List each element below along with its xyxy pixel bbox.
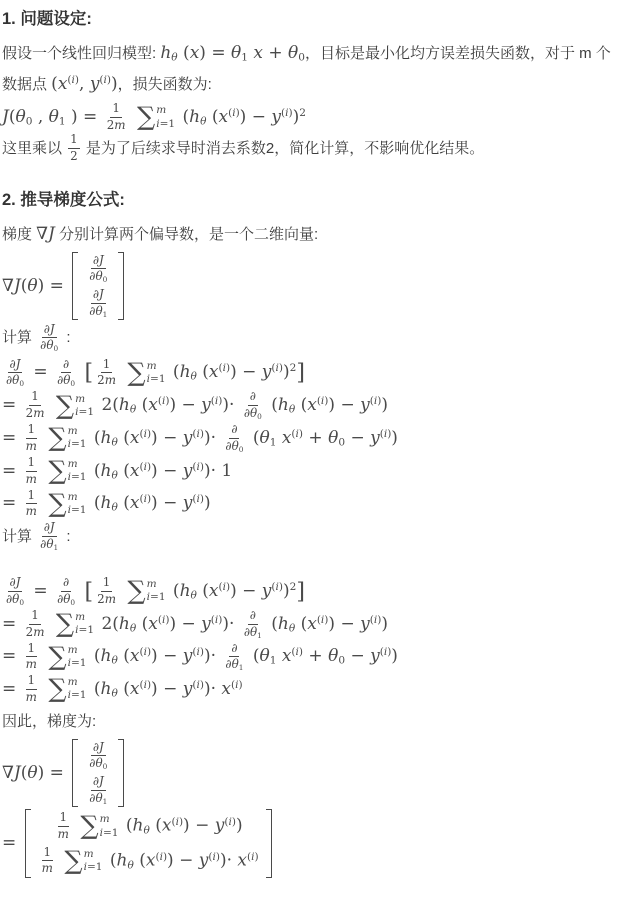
formula-final-gradient-vector: ∇J(θ) = ∂J∂θ0∂J∂θ1 (2, 739, 621, 808)
dtheta1-derivation-line-1: ∂J∂θ0 = ∂∂θ0 [12m ∑mi=1 (hθ (x(i)) − y(i… (2, 576, 621, 607)
formula-dtheta1-symbol: ∂J∂θ1 (36, 526, 62, 546)
formula-one-half: 12 (66, 138, 82, 158)
dtheta0-derivation-line-1: ∂J∂θ0 = ∂∂θ0 [12m ∑mi=1 (hθ (x(i)) − y(i… (2, 357, 621, 388)
dtheta0-derivation-line-3: = 1m ∑mi=1 (hθ (x(i)) − y(i))· ∂∂θ0 (θ1 … (2, 423, 621, 454)
heading-problem-setup: 1. 问题设定: (2, 9, 621, 29)
dtheta1-derivation: ∂J∂θ0 = ∂∂θ0 [12m ∑mi=1 (hθ (x(i)) − y(i… (2, 576, 621, 705)
calc-dtheta0-label: 计算 ∂J∂θ0 : (2, 322, 621, 353)
text-calc0-before: 计算 (2, 329, 36, 346)
dtheta1-derivation-line-4: = 1m ∑mi=1 (hθ (x(i)) − y(i))· x(i) (2, 674, 621, 705)
dtheta1-derivation-line-3: = 1m ∑mi=1 (hθ (x(i)) − y(i))· ∂∂θ1 (θ1 … (2, 641, 621, 672)
calc-dtheta1-label: 计算 ∂J∂θ1 : (2, 521, 621, 552)
section-gradient-derivation: 2. 推导梯度公式: 梯度 ∇J 分别计算两个偏导数，是一个二维向量: ∇J(θ… (2, 190, 621, 878)
formula-final-gradient-expanded: = 1m ∑mi=1 (hθ (x(i)) − y(i))1m ∑mi=1 (h… (2, 809, 621, 878)
text-calc1-before: 计算 (2, 528, 36, 545)
dtheta0-derivation-line-5: = 1m ∑mi=1 (hθ (x(i)) − y(i)) (2, 488, 621, 519)
text-loss-intro: ，损失函数为: (118, 76, 212, 93)
problem-setup-paragraph: 假设一个线性回归模型: hθ (x) = θ1 x + θ0，目标是最小化均方误… (2, 38, 621, 100)
text-note-before: 这里乘以 (2, 140, 66, 157)
text-note-after: 是为了后续求导时消去系数2，简化计算，不影响优化结果。 (82, 140, 485, 157)
formula-hypothesis-model: hθ (x) = θ1 x + θ0 (160, 43, 305, 63)
formula-loss-function: J(θ0 , θ1 ) = 12m ∑mi=1 (hθ (x(i)) − y(i… (2, 102, 621, 133)
text-model-intro: 假设一个线性回归模型: (2, 45, 160, 62)
formula-dtheta0-symbol: ∂J∂θ0 (36, 327, 62, 347)
text-gradient-intro-before: 梯度 (2, 226, 36, 243)
section-problem-setup: 1. 问题设定: 假设一个线性回归模型: hθ (x) = θ1 x + θ0，… (2, 9, 621, 164)
dtheta1-derivation-line-2: = 12m ∑mi=1 2(hθ (x(i)) − y(i))· ∂∂θ1 (h… (2, 609, 621, 640)
text-calc0-after: : (62, 329, 70, 346)
formula-gradient-vector-definition: ∇J(θ) = ∂J∂θ0∂J∂θ1 (2, 252, 621, 321)
formula-grad-j-symbol: ∇J (36, 224, 55, 244)
half-factor-note: 这里乘以 12 是为了后续求导时消去系数2，简化计算，不影响优化结果。 (2, 133, 621, 164)
dtheta0-derivation: ∂J∂θ0 = ∂∂θ0 [12m ∑mi=1 (hθ (x(i)) − y(i… (2, 357, 621, 518)
gradient-intro-paragraph: 梯度 ∇J 分别计算两个偏导数，是一个二维向量: (2, 219, 621, 250)
dtheta0-derivation-line-4: = 1m ∑mi=1 (hθ (x(i)) − y(i))· 1 (2, 456, 621, 487)
text-calc1-after: : (62, 528, 70, 545)
dtheta0-derivation-line-2: = 12m ∑mi=1 2(hθ (x(i)) − y(i))· ∂∂θ0 (h… (2, 390, 621, 421)
document-body: 1. 问题设定: 假设一个线性回归模型: hθ (x) = θ1 x + θ0，… (0, 0, 623, 911)
formula-data-point: (x(i), y(i)) (51, 74, 117, 94)
heading-gradient-derivation: 2. 推导梯度公式: (2, 190, 621, 210)
text-gradient-intro-after: 分别计算两个偏导数，是一个二维向量: (55, 226, 318, 243)
conclusion-text: 因此，梯度为: (2, 707, 621, 737)
